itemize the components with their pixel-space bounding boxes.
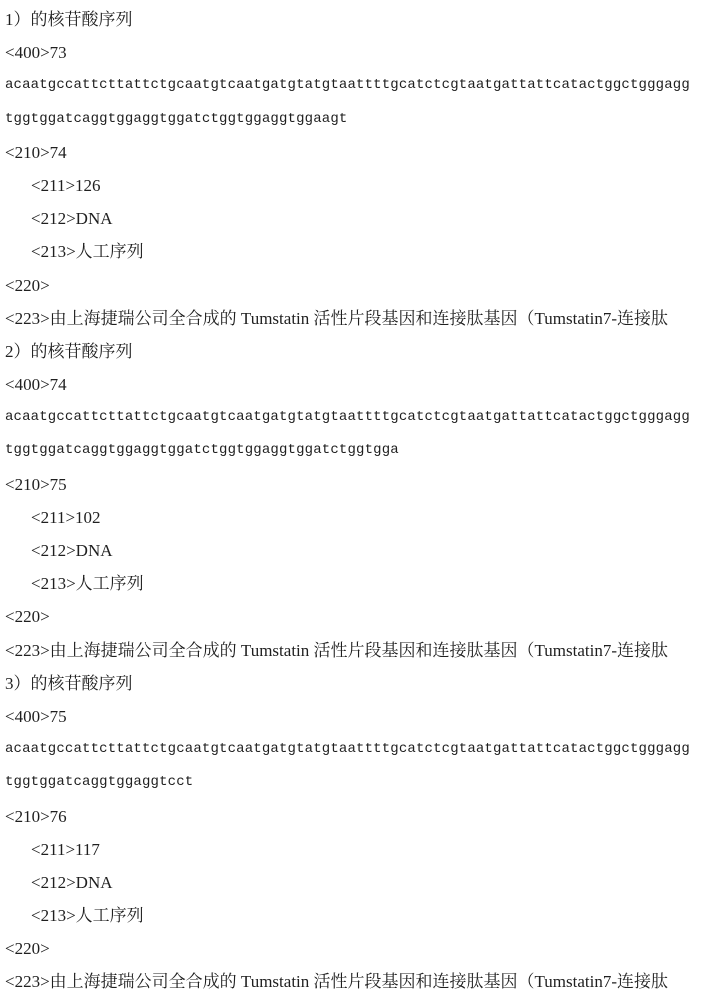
dna-sequence-line: tggtggatcaggtggaggtggatctggtggaggtggatct… bbox=[0, 434, 704, 467]
sequence-number-tag: <400>75 bbox=[0, 700, 704, 733]
feature-tag: <220> bbox=[0, 932, 704, 965]
sequence-description-tag: <223>由上海捷瑞公司全合成的 Tumstatin 活性片段基因和连接肽基因（… bbox=[0, 634, 704, 667]
sequence-source-tag: <213>人工序列 bbox=[0, 567, 704, 600]
sequence-type-tag: <212>DNA bbox=[0, 534, 704, 567]
sequence-type-tag: <212>DNA bbox=[0, 202, 704, 235]
sequence-id-tag: <210>74 bbox=[0, 136, 704, 169]
dna-sequence-line: tggtggatcaggtggaggtggatctggtggaggtggaagt bbox=[0, 103, 704, 136]
sequence-description-tag: <223>由上海捷瑞公司全合成的 Tumstatin 活性片段基因和连接肽基因（… bbox=[0, 965, 704, 998]
sequence-source-tag: <213>人工序列 bbox=[0, 235, 704, 268]
dna-sequence-line: acaatgccattcttattctgcaatgtcaatgatgtatgta… bbox=[0, 733, 704, 766]
sequence-description-tag: <223>由上海捷瑞公司全合成的 Tumstatin 活性片段基因和连接肽基因（… bbox=[0, 302, 704, 335]
sequence-id-tag: <210>75 bbox=[0, 468, 704, 501]
feature-tag: <220> bbox=[0, 600, 704, 633]
sequence-length-tag: <211>126 bbox=[0, 169, 704, 202]
description-continuation-line: 3）的核苷酸序列 bbox=[0, 667, 704, 700]
sequence-source-tag: <213>人工序列 bbox=[0, 899, 704, 932]
feature-tag: <220> bbox=[0, 269, 704, 302]
sequence-id-tag: <210>76 bbox=[0, 800, 704, 833]
dna-sequence-line: tggtggatcaggtggaggtcct bbox=[0, 766, 704, 799]
sequence-length-tag: <211>117 bbox=[0, 833, 704, 866]
sequence-length-tag: <211>102 bbox=[0, 501, 704, 534]
description-continuation-line: 1）的核苷酸序列 bbox=[0, 3, 704, 36]
sequence-type-tag: <212>DNA bbox=[0, 866, 704, 899]
dna-sequence-line: acaatgccattcttattctgcaatgtcaatgatgtatgta… bbox=[0, 69, 704, 102]
sequence-number-tag: <400>74 bbox=[0, 368, 704, 401]
sequence-listing-page: 1）的核苷酸序列 <400>73 acaatgccattcttattctgcaa… bbox=[0, 0, 704, 1000]
sequence-number-tag: <400>73 bbox=[0, 36, 704, 69]
description-continuation-line: 2）的核苷酸序列 bbox=[0, 335, 704, 368]
dna-sequence-line: acaatgccattcttattctgcaatgtcaatgatgtatgta… bbox=[0, 401, 704, 434]
